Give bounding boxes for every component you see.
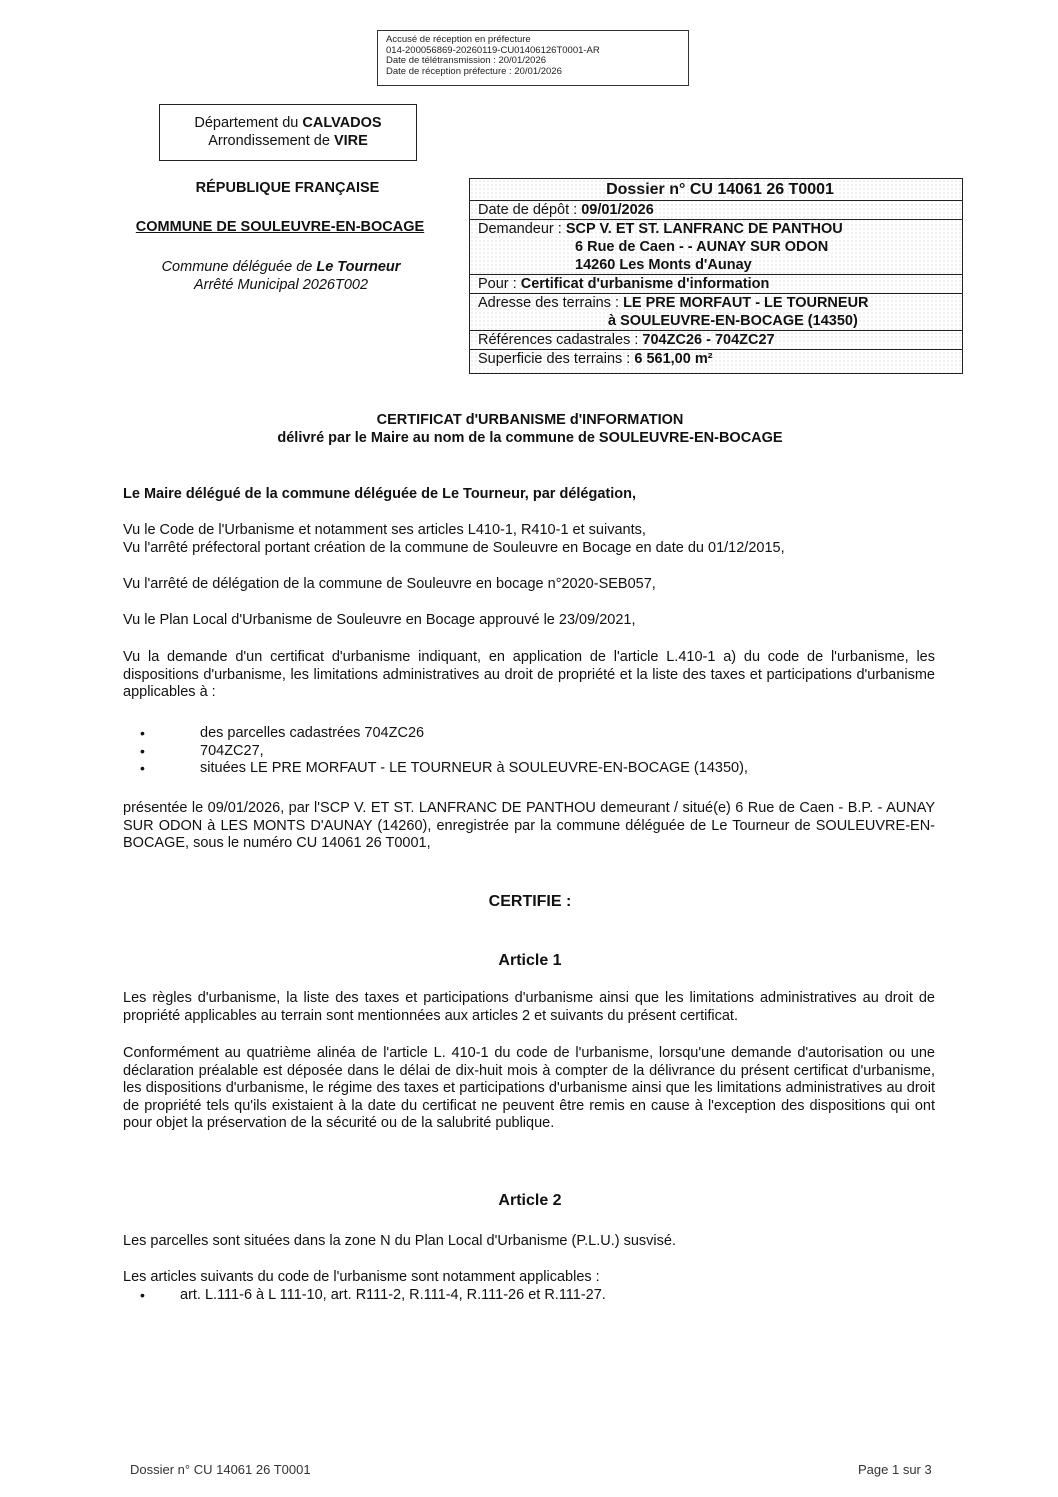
pour-value: Certificat d'urbanisme d'information <box>521 276 770 292</box>
vu-arrete-prefectoral: Vu l'arrêté préfectoral portant création… <box>123 540 935 558</box>
adresse-line2: à SOULEUVRE-EN-BOCAGE (14350) <box>608 313 858 329</box>
arrondissement-name: VIRE <box>334 133 368 149</box>
vu-demande: Vu la demande d'un certificat d'urbanism… <box>123 649 935 702</box>
date-value: 09/01/2026 <box>581 202 654 218</box>
footer-dossier-number: Dossier n° CU 14061 26 T0001 <box>130 1462 311 1477</box>
vu-plu: Vu le Plan Local d'Urbanisme de Souleuvr… <box>123 612 935 630</box>
commune-deleguee-block: Commune déléguée de Le Tourneur Arrêté M… <box>140 258 422 294</box>
receipt-line: Accusé de réception en préfecture <box>386 35 688 46</box>
receipt-line: Date de réception préfecture : 20/01/202… <box>386 67 688 78</box>
footer-page-number: Page 1 sur 3 <box>858 1462 932 1477</box>
arrondissement-line: Arrondissement de VIRE <box>160 132 416 150</box>
dossier-pour-row: Pour : Certificat d'urbanisme d'informat… <box>470 275 962 294</box>
demandeur-label: Demandeur : <box>478 221 566 237</box>
date-label: Date de dépôt : <box>478 202 581 218</box>
bullet-icon: • <box>140 743 200 761</box>
adresse-line1: LE PRE MORFAUT - LE TOURNEUR <box>623 295 868 311</box>
article-2-paragraph-1: Les parcelles sont situées dans la zone … <box>123 1233 935 1251</box>
article-1-paragraph-1: Les règles d'urbanisme, la liste des tax… <box>123 990 935 1025</box>
prefecture-receipt-stamp: Accusé de réception en préfecture 014-20… <box>377 30 689 86</box>
arrondissement-label: Arrondissement de <box>208 133 334 149</box>
demande-presentee: présentée le 09/01/2026, par l'SCP V. ET… <box>123 800 935 853</box>
applicable-articles-list: •art. L.111-6 à L 111-10, art. R111-2, R… <box>140 1287 920 1305</box>
certificate-title-line2: délivré par le Maire au nom de la commun… <box>110 429 950 447</box>
certificate-title: CERTIFICAT d'URBANISME d'INFORMATION dél… <box>110 411 950 447</box>
demandeur-address-line2: 14260 Les Monts d'Aunay <box>575 257 752 273</box>
dossier-info-table: Dossier n° CU 14061 26 T0001 Date de dép… <box>469 178 963 374</box>
demandeur-address-line1: 6 Rue de Caen - - AUNAY SUR ODON <box>575 239 828 255</box>
demandeur-name: SCP V. ET ST. LANFRANC DE PANTHOU <box>566 221 843 237</box>
dossier-superficie-row: Superficie des terrains : 6 561,00 m² <box>470 350 962 368</box>
republique-heading: RÉPUBLIQUE FRANÇAISE <box>150 180 425 196</box>
list-item-text: art. L.111-6 à L 111-10, art. R111-2, R.… <box>180 1287 606 1305</box>
commune-deleguee-name: Le Tourneur <box>316 259 400 275</box>
department-name: CALVADOS <box>302 115 381 131</box>
list-item: •704ZC27, <box>140 743 920 761</box>
dossier-adresse-row: Adresse des terrains : LE PRE MORFAUT - … <box>470 294 962 331</box>
dossier-refs-row: Références cadastrales : 704ZC26 - 704ZC… <box>470 331 962 350</box>
department-box: Département du CALVADOS Arrondissement d… <box>159 104 417 161</box>
list-item: •situées LE PRE MORFAUT - LE TOURNEUR à … <box>140 760 920 778</box>
list-item: •des parcelles cadastrées 704ZC26 <box>140 725 920 743</box>
article-1-paragraph-2: Conformément au quatrième alinéa de l'ar… <box>123 1045 935 1133</box>
arrete-municipal: Arrêté Municipal 2026T002 <box>140 276 422 294</box>
list-item-text: situées LE PRE MORFAUT - LE TOURNEUR à S… <box>200 760 748 778</box>
refs-label: Références cadastrales : <box>478 332 642 348</box>
certificate-title-line1: CERTIFICAT d'URBANISME d'INFORMATION <box>110 411 950 429</box>
pour-label: Pour : <box>478 276 521 292</box>
refs-value: 704ZC26 - 704ZC27 <box>642 332 774 348</box>
dossier-demandeur-row: Demandeur : SCP V. ET ST. LANFRANC DE PA… <box>470 220 962 275</box>
commune-heading: COMMUNE DE SOULEUVRE-EN-BOCAGE <box>115 219 445 235</box>
bullet-icon: • <box>140 725 200 743</box>
vu-code-urbanisme: Vu le Code de l'Urbanisme et notamment s… <box>123 522 935 540</box>
bullet-icon: • <box>140 1287 180 1305</box>
list-item-text: 704ZC27, <box>200 743 264 761</box>
vu-arrete-delegation: Vu l'arrêté de délégation de la commune … <box>123 576 935 594</box>
adresse-label: Adresse des terrains : <box>478 295 623 311</box>
certifie-heading: CERTIFIE : <box>110 893 950 911</box>
maire-statement: Le Maire délégué de la commune déléguée … <box>123 486 935 504</box>
department-label: Département du <box>194 115 302 131</box>
article-1-heading: Article 1 <box>110 952 950 970</box>
superficie-label: Superficie des terrains : <box>478 351 634 367</box>
superficie-value: 6 561,00 m² <box>634 351 712 367</box>
department-line: Département du CALVADOS <box>160 114 416 132</box>
article-2-heading: Article 2 <box>110 1192 950 1210</box>
dossier-number: Dossier n° CU 14061 26 T0001 <box>470 179 962 201</box>
list-item: •art. L.111-6 à L 111-10, art. R111-2, R… <box>140 1287 920 1305</box>
article-2-paragraph-2: Les articles suivants du code de l'urban… <box>123 1269 935 1287</box>
commune-deleguee-label: Commune déléguée de <box>162 259 317 275</box>
parcel-list: •des parcelles cadastrées 704ZC26 •704ZC… <box>140 725 920 778</box>
list-item-text: des parcelles cadastrées 704ZC26 <box>200 725 424 743</box>
bullet-icon: • <box>140 760 200 778</box>
dossier-date-row: Date de dépôt : 09/01/2026 <box>470 201 962 220</box>
commune-deleguee-line: Commune déléguée de Le Tourneur <box>140 258 422 276</box>
